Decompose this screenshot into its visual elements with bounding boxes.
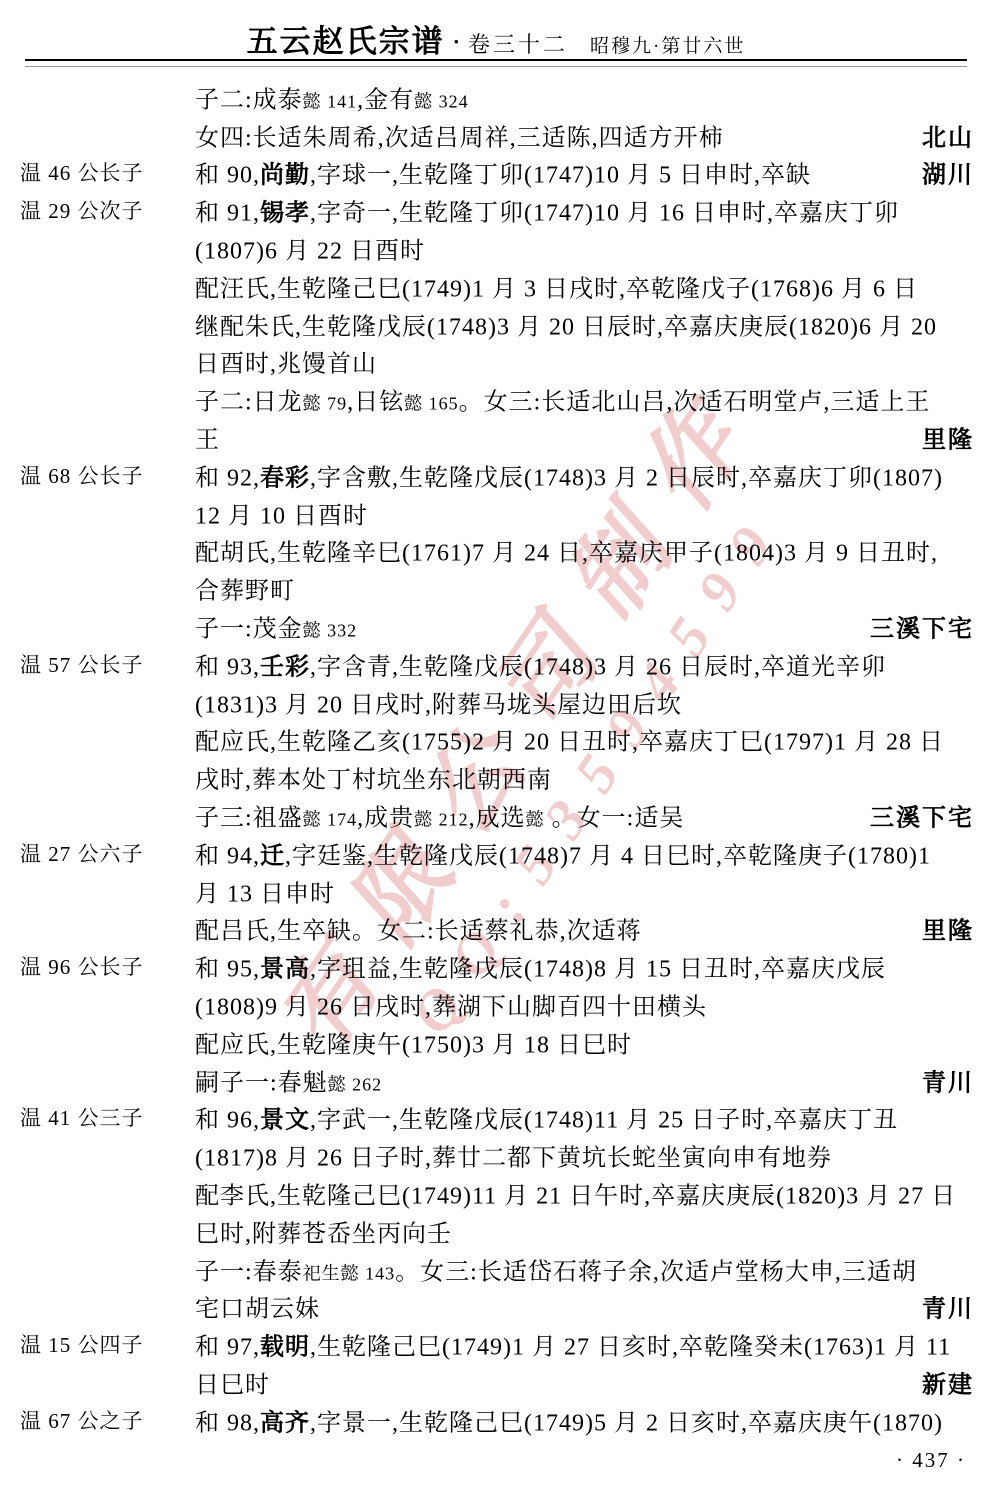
entry-text: 和 91,锡孝,字奇一,生乾隆丁卯(1747)10 月 16 日申时,卒嘉庆丁卯 (195, 193, 899, 228)
place-label: 三溪下宅 (870, 798, 974, 833)
entry-text-segment: ,字奇一,生乾隆丁卯(1747)10 月 16 日申时,卒嘉庆丁卯 (310, 201, 899, 227)
title-separator-dot: · (453, 29, 460, 54)
margin-generation-label: 温 15 公四子 (20, 1329, 144, 1359)
entry-text-segment: 。女一:适吴 (545, 806, 685, 832)
entry-text-segment: 子二:日龙 (195, 390, 303, 416)
entry-text: 宅口胡云妹 (195, 1289, 320, 1324)
entry-text: 巳时,附葬苍岙坐丙向壬 (195, 1213, 452, 1248)
entry-line: 温 41 公三子和 96,景文,字武一,生乾隆戊辰(1748)11 月 25 日… (0, 1099, 992, 1137)
entry-text: 和 94,迁,字廷鉴,生乾隆戊辰(1748)7 月 4 日巳时,卒乾隆庚子(17… (195, 835, 931, 870)
entry-text-segment: 子二:成泰 (195, 87, 303, 113)
place-label: 青川 (922, 1062, 974, 1097)
entry-text: 合葬野町 (195, 571, 295, 606)
entry-text-segment: ,字珇益,生乾隆戊辰(1748)8 月 15 日丑时,卒嘉庆戊辰 (310, 957, 886, 983)
volume-label: 卷三十二 (468, 32, 568, 57)
entry-text-segment: 12 月 10 日酉时 (195, 503, 368, 529)
margin-generation-label: 温 68 公长子 (20, 460, 144, 490)
entry-line: 子二:日龙懿 79,日铉懿 165。女三:长适北山吕,次适石明堂卢,三适上王 (0, 380, 992, 418)
margin-generation-label: 温 27 公六子 (20, 838, 144, 868)
entry-text-segment: ,成选 (469, 806, 526, 832)
entry-line: (1831)3 月 20 日戌时,附葬马垅头屋边田后坎 (0, 683, 992, 721)
entry-text-segment: ,成贵 (357, 806, 414, 832)
entry-text: 月 13 日申时 (195, 873, 335, 908)
entry-text-segment: 配应氏,生乾隆庚午(1750)3 月 18 日巳时 (195, 1032, 632, 1058)
entry-text-segment: 和 96, (195, 1108, 260, 1134)
book-title: 五云赵氏宗谱 (247, 24, 445, 59)
entry-line: 宅口胡云妹青川 (0, 1288, 992, 1326)
entry-text-segment: (1817)8 月 26 日子时,葬廿二都下黄坑长蛇坐寅向申有地券 (195, 1146, 832, 1172)
cross-reference-number: 懿 (526, 810, 545, 830)
entry-text-segment: 和 93, (195, 654, 260, 680)
entry-text-segment: 配吕氏,生卒缺。女二:长适蔡礼恭,次适蒋 (195, 919, 642, 945)
entry-text-segment: 配李氏,生乾隆己巳(1749)11 月 21 日午时,卒嘉庆庚辰(1820)3 … (195, 1184, 956, 1210)
person-name: 景文 (260, 1108, 310, 1134)
entry-text: 王 (195, 420, 220, 455)
entry-text-segment: 和 90, (195, 163, 260, 189)
entry-text: 配吕氏,生卒缺。女二:长适蔡礼恭,次适蒋 (195, 911, 642, 946)
entry-text: 和 95,景高,字珇益,生乾隆戊辰(1748)8 月 15 日丑时,卒嘉庆戊辰 (195, 949, 886, 984)
entry-text: 配应氏,生乾隆庚午(1750)3 月 18 日巳时 (195, 1024, 632, 1059)
place-label: 新建 (922, 1364, 974, 1399)
entry-text-segment: 嗣子一:春魁 (195, 1070, 328, 1096)
margin-generation-label: 温 41 公三子 (20, 1102, 144, 1132)
entry-text-segment: 配胡氏,生乾隆辛巳(1761)7 月 24 日,卒嘉庆甲子(1804)3 月 9… (195, 541, 938, 567)
entry-line: 配应氏,生乾隆乙亥(1755)2 月 20 日丑时,卒嘉庆丁巳(1797)1 月… (0, 721, 992, 759)
page-header: 五云赵氏宗谱·卷三十二昭穆九·第廿六世 (0, 16, 992, 61)
entry-text-segment: 巳时,附葬苍岙坐丙向壬 (195, 1221, 452, 1247)
margin-generation-label: 温 46 公长子 (20, 157, 144, 187)
entry-line: 合葬野町 (0, 569, 992, 607)
entry-text-segment: 和 94, (195, 843, 260, 869)
entry-text-segment: 女四:长适朱周希,次适吕周祥,三适陈,四适方开柿 (195, 125, 724, 151)
entry-text: 日酉时,兆馒首山 (195, 344, 377, 379)
entry-text-segment: 合葬野町 (195, 579, 295, 605)
entry-text-segment: 子一:春泰 (195, 1259, 303, 1285)
entry-text: (1808)9 月 26 日戌时,葬湖下山脚百四十田横头 (195, 987, 707, 1022)
entry-text: 和 93,壬彩,字含青,生乾隆戊辰(1748)3 月 26 日辰时,卒道光辛卯 (195, 646, 886, 681)
cross-reference-number: 懿 324 (414, 91, 469, 111)
entry-text-segment: (1831)3 月 20 日戌时,附葬马垅头屋边田后坎 (195, 692, 682, 718)
cross-reference-number: 懿 79 (303, 394, 348, 414)
cross-reference-number: 懿 332 (303, 621, 358, 641)
margin-generation-label: 温 57 公长子 (20, 649, 144, 679)
entry-text: 配汪氏,生乾隆己巳(1749)1 月 3 日戌时,卒乾隆戊子(1768)6 月 … (195, 268, 918, 303)
entry-text: 和 97,载明,生乾隆己巳(1749)1 月 27 日亥时,卒乾隆癸未(1763… (195, 1327, 951, 1362)
entry-text: 嗣子一:春魁懿 262 (195, 1062, 382, 1097)
header-rule-thin (25, 66, 967, 67)
entry-line: 配应氏,生乾隆庚午(1750)3 月 18 日巳时 (0, 1023, 992, 1061)
entry-text-segment: ,字含敷,生乾隆戊辰(1748)3 月 2 日辰时,卒嘉庆丁卯(1807) (310, 465, 943, 491)
entry-line: (1807)6 月 22 日酉时 (0, 229, 992, 267)
entry-text-segment: 宅口胡云妹 (195, 1297, 320, 1323)
person-name: 壬彩 (260, 654, 310, 680)
entry-text-segment: 子三:祖盛 (195, 806, 303, 832)
entry-line: (1817)8 月 26 日子时,葬廿二都下黄坑长蛇坐寅向申有地券 (0, 1136, 992, 1174)
entry-text: 子一:茂金懿 332 (195, 609, 357, 644)
entry-line: 温 96 公长子和 95,景高,字珇益,生乾隆戊辰(1748)8 月 15 日丑… (0, 947, 992, 985)
entry-text-segment: (1807)6 月 22 日酉时 (195, 239, 425, 265)
entry-line: 戌时,葬本处丁村坑坐东北朝西南 (0, 758, 992, 796)
generation-label: 昭穆九·第廿六世 (590, 36, 745, 57)
margin-generation-label: 温 29 公次子 (20, 195, 144, 225)
place-label: 北山 (922, 117, 974, 152)
cross-reference-number: 懿 262 (328, 1074, 383, 1094)
entry-line: 子三:祖盛懿 174,成贵懿 212,成选懿 。女一:适吴三溪下宅 (0, 796, 992, 834)
entry-text: 和 98,高齐,字景一,生乾隆己巳(1749)5 月 2 日亥时,卒嘉庆庚午(1… (195, 1402, 943, 1437)
entry-text: 和 96,景文,字武一,生乾隆戊辰(1748)11 月 25 日子时,卒嘉庆丁丑 (195, 1100, 898, 1135)
entry-line: (1808)9 月 26 日戌时,葬湖下山脚百四十田横头 (0, 985, 992, 1023)
entry-text-segment: ,生乾隆己巳(1749)1 月 27 日亥时,卒乾隆癸未(1763)1 月 11 (310, 1335, 951, 1361)
entry-text: (1817)8 月 26 日子时,葬廿二都下黄坑长蛇坐寅向申有地券 (195, 1138, 832, 1173)
entry-text-segment: (1808)9 月 26 日戌时,葬湖下山脚百四十田横头 (195, 995, 707, 1021)
place-label: 湖川 (922, 155, 974, 190)
entry-line: 子一:茂金懿 332三溪下宅 (0, 607, 992, 645)
cross-reference-number: 懿 174 (303, 810, 358, 830)
entry-text-segment: 和 97, (195, 1335, 260, 1361)
entry-text-segment: 日酉时,兆馒首山 (195, 352, 377, 378)
entry-text: 和 92,春彩,字含敷,生乾隆戊辰(1748)3 月 2 日辰时,卒嘉庆丁卯(1… (195, 457, 943, 492)
entry-line: 温 27 公六子和 94,迁,字廷鉴,生乾隆戊辰(1748)7 月 4 日巳时,… (0, 834, 992, 872)
entry-text-segment: 配应氏,生乾隆乙亥(1755)2 月 20 日丑时,卒嘉庆丁巳(1797)1 月… (195, 730, 944, 756)
entry-line: 日酉时,兆馒首山 (0, 343, 992, 381)
entry-line: 子二:成泰懿 141,金有懿 324 (0, 78, 992, 116)
person-name: 尚勤 (260, 163, 310, 189)
person-name: 春彩 (260, 465, 310, 491)
entry-text: 配李氏,生乾隆己巳(1749)11 月 21 日午时,卒嘉庆庚辰(1820)3 … (195, 1176, 956, 1211)
entry-text-segment: 继配朱氏,生乾隆戊辰(1748)3 月 20 日辰时,卒嘉庆庚辰(1820)6 … (195, 314, 937, 340)
entry-text: 戌时,葬本处丁村坑坐东北朝西南 (195, 760, 552, 795)
entry-line: 温 68 公长子和 92,春彩,字含敷,生乾隆戊辰(1748)3 月 2 日辰时… (0, 456, 992, 494)
entry-line: 温 15 公四子和 97,载明,生乾隆己巳(1749)1 月 27 日亥时,卒乾… (0, 1325, 992, 1363)
entry-text-segment: 和 92, (195, 465, 260, 491)
entry-text-segment: ,字景一,生乾隆己巳(1749)5 月 2 日亥时,卒嘉庆庚午(1870) (310, 1410, 943, 1436)
cross-reference-number: 懿 212 (414, 810, 469, 830)
genealogy-body: 子二:成泰懿 141,金有懿 324女四:长适朱周希,次适吕周祥,三适陈,四适方… (0, 78, 992, 1439)
entry-text-segment: 和 98, (195, 1410, 260, 1436)
genealogy-page: 有限公司制作 QQ:53594599 五云赵氏宗谱·卷三十二昭穆九·第廿六世 子… (0, 0, 992, 1512)
entry-text-segment: ,日铉 (347, 390, 404, 416)
entry-line: 月 13 日申时 (0, 872, 992, 910)
entry-text-segment: 。女三:长适岱石蒋子余,次适卢堂杨大申,三适胡 (395, 1259, 917, 1285)
entry-line: 巳时,附葬苍岙坐丙向壬 (0, 1212, 992, 1250)
entry-line: 温 29 公次子和 91,锡孝,字奇一,生乾隆丁卯(1747)10 月 16 日… (0, 191, 992, 229)
place-label: 里隆 (922, 420, 974, 455)
person-name: 锡孝 (260, 201, 310, 227)
entry-text: 子二:成泰懿 141,金有懿 324 (195, 79, 469, 114)
entry-text: 子一:春泰祀生懿 143。女三:长适岱石蒋子余,次适卢堂杨大申,三适胡 (195, 1251, 917, 1286)
entry-text: 子二:日龙懿 79,日铉懿 165。女三:长适北山吕,次适石明堂卢,三适上王 (195, 382, 930, 417)
entry-line: 配李氏,生乾隆己巳(1749)11 月 21 日午时,卒嘉庆庚辰(1820)3 … (0, 1174, 992, 1212)
entry-text-segment: ,字廷鉴,生乾隆戊辰(1748)7 月 4 日巳时,卒乾隆庚子(1780)1 (285, 843, 931, 869)
page-number: · 437 · (896, 1448, 966, 1473)
entry-line: 日巳时新建 (0, 1363, 992, 1401)
entry-line: 12 月 10 日酉时 (0, 494, 992, 532)
entry-text-segment: 日巳时 (195, 1372, 270, 1398)
entry-line: 配汪氏,生乾隆己巳(1749)1 月 3 日戌时,卒乾隆戊子(1768)6 月 … (0, 267, 992, 305)
entry-text-segment: ,字武一,生乾隆戊辰(1748)11 月 25 日子时,卒嘉庆丁丑 (310, 1108, 898, 1134)
entry-text-segment: 和 91, (195, 201, 260, 227)
entry-text: 12 月 10 日酉时 (195, 495, 368, 530)
entry-line: 女四:长适朱周希,次适吕周祥,三适陈,四适方开柿北山 (0, 116, 992, 154)
entry-text-segment: 子一:茂金 (195, 617, 303, 643)
entry-text-segment: 配汪氏,生乾隆己巳(1749)1 月 3 日戌时,卒乾隆戊子(1768)6 月 … (195, 276, 918, 302)
cross-reference-number: 懿 141 (303, 91, 358, 111)
entry-line: 配胡氏,生乾隆辛巳(1761)7 月 24 日,卒嘉庆甲子(1804)3 月 9… (0, 532, 992, 570)
entry-text: (1831)3 月 20 日戌时,附葬马垅头屋边田后坎 (195, 684, 682, 719)
entry-text-segment: 和 95, (195, 957, 260, 983)
place-label: 三溪下宅 (870, 609, 974, 644)
entry-text: 子三:祖盛懿 174,成贵懿 212,成选懿 。女一:适吴 (195, 798, 684, 833)
entry-text-segment: ,字含青,生乾隆戊辰(1748)3 月 26 日辰时,卒道光辛卯 (310, 654, 886, 680)
entry-line: 嗣子一:春魁懿 262青川 (0, 1061, 992, 1099)
entry-text-segment: ,字球一,生乾隆丁卯(1747)10 月 5 日申时,卒缺 (310, 163, 811, 189)
person-name: 景高 (260, 957, 310, 983)
margin-generation-label: 温 67 公之子 (20, 1405, 144, 1435)
place-label: 里隆 (922, 911, 974, 946)
entry-line: 温 46 公长子和 90,尚勤,字球一,生乾隆丁卯(1747)10 月 5 日申… (0, 154, 992, 192)
header-rule-thick (25, 59, 967, 61)
entry-text-segment: 王 (195, 428, 220, 454)
entry-text: 女四:长适朱周希,次适吕周祥,三适陈,四适方开柿 (195, 117, 724, 152)
entry-text: 配应氏,生乾隆乙亥(1755)2 月 20 日丑时,卒嘉庆丁巳(1797)1 月… (195, 722, 944, 757)
place-label: 青川 (922, 1289, 974, 1324)
entry-text: 配胡氏,生乾隆辛巳(1761)7 月 24 日,卒嘉庆甲子(1804)3 月 9… (195, 533, 938, 568)
entry-text-segment: ,金有 (357, 87, 414, 113)
cross-reference-number: 祀生懿 143 (303, 1263, 396, 1283)
person-name: 高齐 (260, 1410, 310, 1436)
entry-line: 配吕氏,生卒缺。女二:长适蔡礼恭,次适蒋里隆 (0, 910, 992, 948)
entry-text: 继配朱氏,生乾隆戊辰(1748)3 月 20 日辰时,卒嘉庆庚辰(1820)6 … (195, 306, 937, 341)
entry-text: (1807)6 月 22 日酉时 (195, 231, 425, 266)
entry-line: 继配朱氏,生乾隆戊辰(1748)3 月 20 日辰时,卒嘉庆庚辰(1820)6 … (0, 305, 992, 343)
margin-generation-label: 温 96 公长子 (20, 951, 144, 981)
entry-text: 日巳时 (195, 1364, 270, 1399)
entry-text-segment: 月 13 日申时 (195, 881, 335, 907)
entry-line: 子一:春泰祀生懿 143。女三:长适岱石蒋子余,次适卢堂杨大申,三适胡 (0, 1250, 992, 1288)
entry-text-segment: 。女三:长适北山吕,次适石明堂卢,三适上王 (459, 390, 931, 416)
person-name: 迁 (260, 843, 285, 869)
cross-reference-number: 懿 165 (404, 394, 459, 414)
entry-line: 王里隆 (0, 418, 992, 456)
entry-text: 和 90,尚勤,字球一,生乾隆丁卯(1747)10 月 5 日申时,卒缺 (195, 155, 811, 190)
entry-line: 温 57 公长子和 93,壬彩,字含青,生乾隆戊辰(1748)3 月 26 日辰… (0, 645, 992, 683)
entry-line: 温 67 公之子和 98,高齐,字景一,生乾隆己巳(1749)5 月 2 日亥时… (0, 1401, 992, 1439)
person-name: 载明 (260, 1335, 310, 1361)
entry-text-segment: 戌时,葬本处丁村坑坐东北朝西南 (195, 768, 552, 794)
